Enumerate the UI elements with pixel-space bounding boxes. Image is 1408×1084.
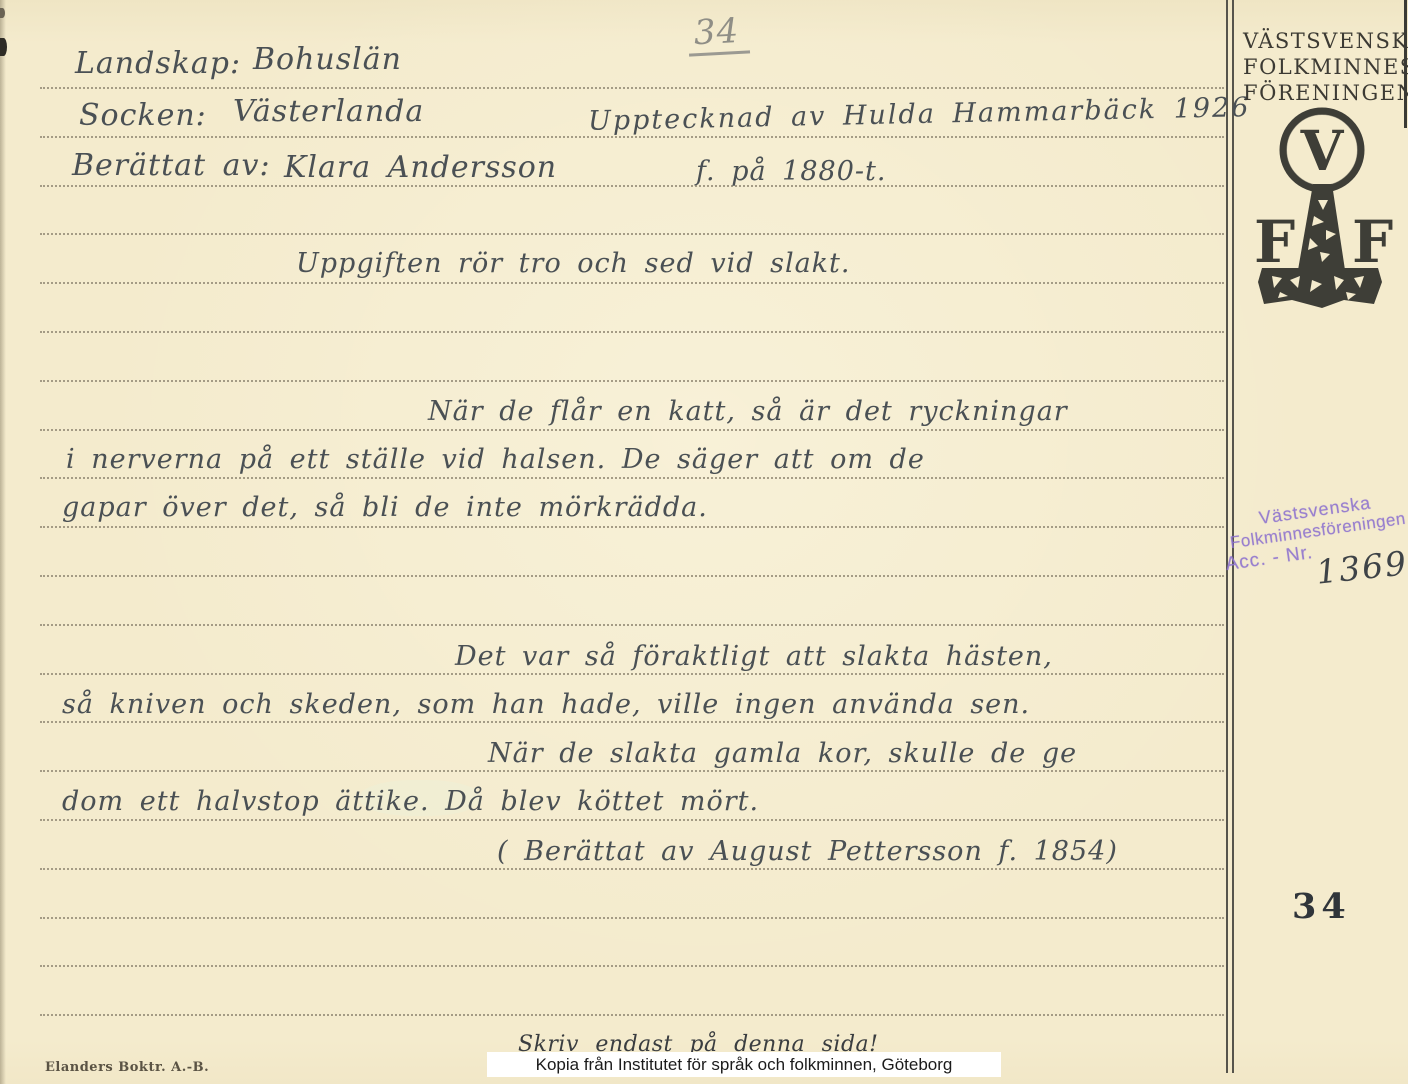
scan-edge-mark-right bbox=[1404, 0, 1407, 128]
field-value-landskap: Bohuslän bbox=[253, 42, 402, 77]
field-value-berattat-av: Klara Andersson bbox=[284, 150, 557, 185]
field-label-socken: Socken: bbox=[79, 98, 207, 133]
field-value-socken: Västerlanda bbox=[233, 94, 424, 129]
ruled-line bbox=[40, 721, 1224, 723]
ruled-line bbox=[40, 185, 1224, 187]
ruled-line bbox=[40, 380, 1224, 382]
pencil-page-number: 34 bbox=[687, 10, 750, 56]
ruled-line bbox=[40, 429, 1224, 431]
body-line: När de slakta gamla kor, skulle de ge bbox=[488, 738, 1077, 769]
body-line: i nerverna på ett ställe vid halsen. De … bbox=[66, 444, 925, 475]
recorded-by-note: Upptecknad av Hulda Hammarbäck 1926 bbox=[588, 92, 1251, 137]
scan-edge-shadow-left bbox=[0, 0, 6, 1084]
ruled-line bbox=[40, 331, 1224, 333]
ruled-line bbox=[40, 526, 1224, 528]
ruled-line bbox=[40, 770, 1224, 772]
ruled-line bbox=[40, 136, 1224, 138]
ruled-line bbox=[40, 87, 1224, 89]
ruled-line bbox=[40, 917, 1224, 919]
ruled-line bbox=[40, 477, 1224, 479]
field-label-berattat-av: Berättat av: bbox=[72, 148, 271, 183]
scan-edge-mark bbox=[0, 8, 5, 18]
logo-letter-f-right: F bbox=[1352, 208, 1393, 276]
ruled-line bbox=[40, 965, 1224, 967]
attribution-line: ( Berättat av August Pettersson f. 1854) bbox=[497, 836, 1118, 867]
ruled-line bbox=[40, 575, 1224, 577]
accession-number-handwritten: 1369 bbox=[1314, 543, 1408, 591]
body-line: När de flår en katt, så är det ryckninga… bbox=[428, 396, 1068, 427]
logo-letter-f-left: F bbox=[1254, 208, 1295, 276]
organization-name-line2: FOLKMINNES= bbox=[1243, 54, 1408, 80]
body-line: gapar över det, så bli de inte mörkrädda… bbox=[62, 492, 708, 523]
informant-born-note: f. på 1880-t. bbox=[696, 156, 886, 187]
ruled-line bbox=[40, 233, 1224, 235]
body-line: så kniven och skeden, som han hade, vill… bbox=[62, 689, 1030, 720]
body-line: dom ett halvstop ättike. Då blev köttet … bbox=[62, 786, 759, 817]
ruled-line bbox=[40, 868, 1224, 870]
ruled-line bbox=[40, 624, 1224, 626]
ruled-line bbox=[40, 673, 1224, 675]
field-label-landskap: Landskap: bbox=[75, 46, 241, 81]
scan-edge-mark bbox=[0, 38, 7, 56]
archive-copy-caption-strip: Kopia från Institutet för språk och folk… bbox=[487, 1052, 1001, 1077]
ruled-line bbox=[40, 819, 1224, 821]
ruled-line bbox=[40, 1014, 1224, 1016]
organization-name: VÄSTSVENSKA FOLKMINNES= FÖRENINGEN bbox=[1243, 28, 1408, 106]
organization-name-line3: FÖRENINGEN bbox=[1243, 80, 1408, 106]
page-number-stamp: 34 bbox=[1292, 886, 1351, 927]
ruled-line bbox=[40, 282, 1224, 284]
printer-imprint: Elanders Boktr. A.-B. bbox=[45, 1060, 209, 1075]
organization-name-line1: VÄSTSVENSKA bbox=[1243, 28, 1408, 54]
vff-thors-hammer-logo-icon: V F F bbox=[1246, 104, 1394, 334]
archive-card-scan: 34 Landskap: Bohuslän Socken: Västerland… bbox=[0, 0, 1408, 1084]
body-line: Det var så föraktligt att slakta hästen, bbox=[455, 641, 1053, 672]
body-title-line: Uppgiften rör tro och sed vid slakt. bbox=[296, 248, 850, 279]
archive-copy-caption: Kopia från Institutet för språk och folk… bbox=[536, 1055, 953, 1075]
logo-letter-v: V bbox=[1300, 118, 1345, 183]
